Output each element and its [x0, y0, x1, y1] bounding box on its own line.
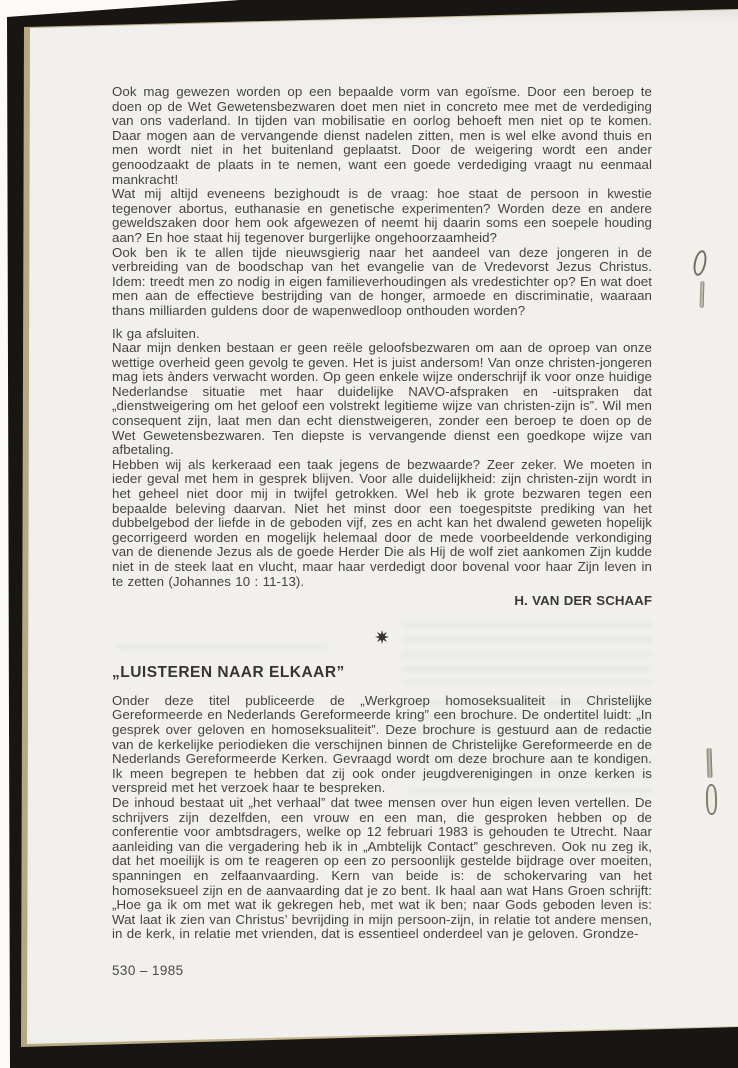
- body-paragraph: De inhoud bestaat uit „het verhaal” dat …: [112, 796, 652, 942]
- body-paragraph: Ook mag gewezen worden op een bepaalde v…: [112, 85, 652, 187]
- article-title: „LUISTEREN NAAR ELKAAR”: [112, 664, 652, 682]
- body-paragraph: Ik ga afsluiten.: [112, 327, 652, 342]
- paper: Ook mag gewezen worden op een bepaalde v…: [0, 0, 738, 1068]
- body-paragraph: Ook ben ik te allen tijde nieuwsgierig n…: [112, 246, 652, 319]
- body-paragraph: Onder deze titel publiceerde de „Werkgro…: [112, 694, 652, 796]
- body-paragraph: Naar mijn denken bestaan er geen reële g…: [112, 341, 652, 458]
- article-luisteren-naar-elkaar: „LUISTEREN NAAR ELKAAR” Onder deze titel…: [112, 664, 652, 942]
- text-column: Ook mag gewezen worden op een bepaalde v…: [112, 85, 652, 978]
- staple-bottom-icon: [706, 748, 712, 778]
- page-number: 530 – 1985: [112, 963, 652, 978]
- body-paragraph: Wat mij altijd eveneens bezighoudt is de…: [112, 187, 652, 245]
- section-divider: [112, 630, 652, 645]
- body-paragraph: Hebben wij als kerkeraad een taak jegens…: [112, 458, 652, 589]
- article-continuation: Ook mag gewezen worden op een bepaalde v…: [112, 85, 652, 609]
- staple-bottom-icon: [706, 784, 718, 815]
- star-ornament-icon: [375, 630, 389, 645]
- author-signature: H. VAN DER SCHAAF: [112, 594, 652, 609]
